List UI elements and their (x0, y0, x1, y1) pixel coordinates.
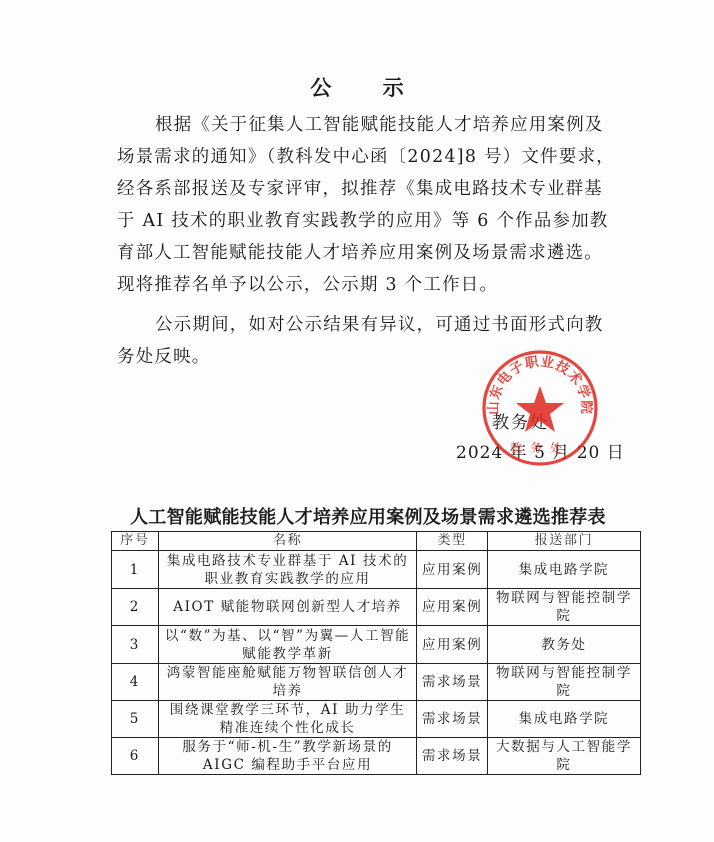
document-title: 公 示 (0, 72, 714, 102)
header-type: 类型 (417, 532, 488, 551)
cell-no: 4 (112, 664, 159, 701)
cell-no: 2 (112, 589, 159, 626)
paragraph-line: 于 AI 技术的职业教育实践教学的应用》等 6 个作品参加教 (117, 205, 657, 237)
cell-type: 需求场景 (417, 664, 488, 701)
table-row: 1 集成电路技术专业群基于 AI 技术的职业教育实践教学的应用 应用案例 集成电… (112, 551, 641, 589)
table-row: 2 AIOT 赋能物联网创新型人才培养 应用案例 物联网与智能控制学院 (112, 589, 641, 626)
table-row: 6 服务于“师-机-生”教学新场景的 AIGC 编程助手平台应用 需求场景 大数… (112, 738, 641, 775)
cell-dept: 集成电路学院 (487, 551, 640, 589)
header-dept: 报送部门 (487, 532, 640, 551)
cell-dept: 物联网与智能控制学院 (487, 664, 640, 701)
cell-name: 以“数”为基、以“智”为翼—人工智能赋能教学革新 (158, 626, 417, 664)
announcement-paragraph: 根据《关于征集人工智能赋能技能人才培养应用案例及 场景需求的通知》（教科发中心函… (117, 109, 657, 301)
paragraph-line: 现将推荐名单予以公示，公示期 3 个工作日。 (117, 269, 657, 301)
cell-dept: 物联网与智能控制学院 (487, 589, 640, 626)
cell-no: 3 (112, 626, 159, 664)
paragraph-line: 根据《关于征集人工智能赋能技能人才培养应用案例及 (117, 109, 657, 141)
cell-type: 应用案例 (417, 551, 488, 589)
table-title: 人工智能赋能技能人才培养应用案例及场景需求遴选推荐表 (130, 503, 606, 529)
cell-name: AIOT 赋能物联网创新型人才培养 (158, 589, 417, 626)
cell-no: 5 (112, 701, 159, 738)
cell-name: 服务于“师-机-生”教学新场景的 AIGC 编程助手平台应用 (158, 738, 417, 775)
cell-type: 应用案例 (417, 589, 488, 626)
table-row: 3 以“数”为基、以“智”为翼—人工智能赋能教学革新 应用案例 教务处 (112, 626, 641, 664)
header-name: 名称 (158, 532, 417, 551)
cell-type: 应用案例 (417, 626, 488, 664)
cell-dept: 教务处 (487, 626, 640, 664)
table-row: 5 围绕课堂教学三环节，AI 助力学生精准连续个性化成长 需求场景 集成电路学院 (112, 701, 641, 738)
official-seal-icon: 山东电子职业技术学院 教务处 (480, 348, 600, 468)
cell-no: 1 (112, 551, 159, 589)
paragraph-line: 经各系部报送及专家评审，拟推荐《集成电路技术专业群基 (117, 173, 657, 205)
paragraph-line: 场景需求的通知》（教科发中心函〔2024]8 号）文件要求， (117, 141, 657, 173)
cell-name: 集成电路技术专业群基于 AI 技术的职业教育实践教学的应用 (158, 551, 417, 589)
cell-dept: 大数据与人工智能学院 (487, 738, 640, 775)
cell-type: 需求场景 (417, 738, 488, 775)
cell-name: 围绕课堂教学三环节，AI 助力学生精准连续个性化成长 (158, 701, 417, 738)
table-row: 4 鸿蒙智能座舱赋能万物智联信创人才培养 需求场景 物联网与智能控制学院 (112, 664, 641, 701)
header-no: 序号 (112, 532, 159, 551)
paragraph-line: 育部人工智能赋能技能人才培养应用案例及场景需求遴选。 (117, 237, 657, 269)
cell-dept: 集成电路学院 (487, 701, 640, 738)
table-header-row: 序号 名称 类型 报送部门 (112, 532, 641, 551)
cell-name: 鸿蒙智能座舱赋能万物智联信创人才培养 (158, 664, 417, 701)
cell-no: 6 (112, 738, 159, 775)
seal-dept-text: 教务处 (510, 440, 570, 455)
cell-type: 需求场景 (417, 701, 488, 738)
recommendation-table: 序号 名称 类型 报送部门 1 集成电路技术专业群基于 AI 技术的职业教育实践… (111, 531, 641, 775)
paragraph-line: 公示期间，如对公示结果有异议，可通过书面形式向教 (117, 309, 657, 341)
